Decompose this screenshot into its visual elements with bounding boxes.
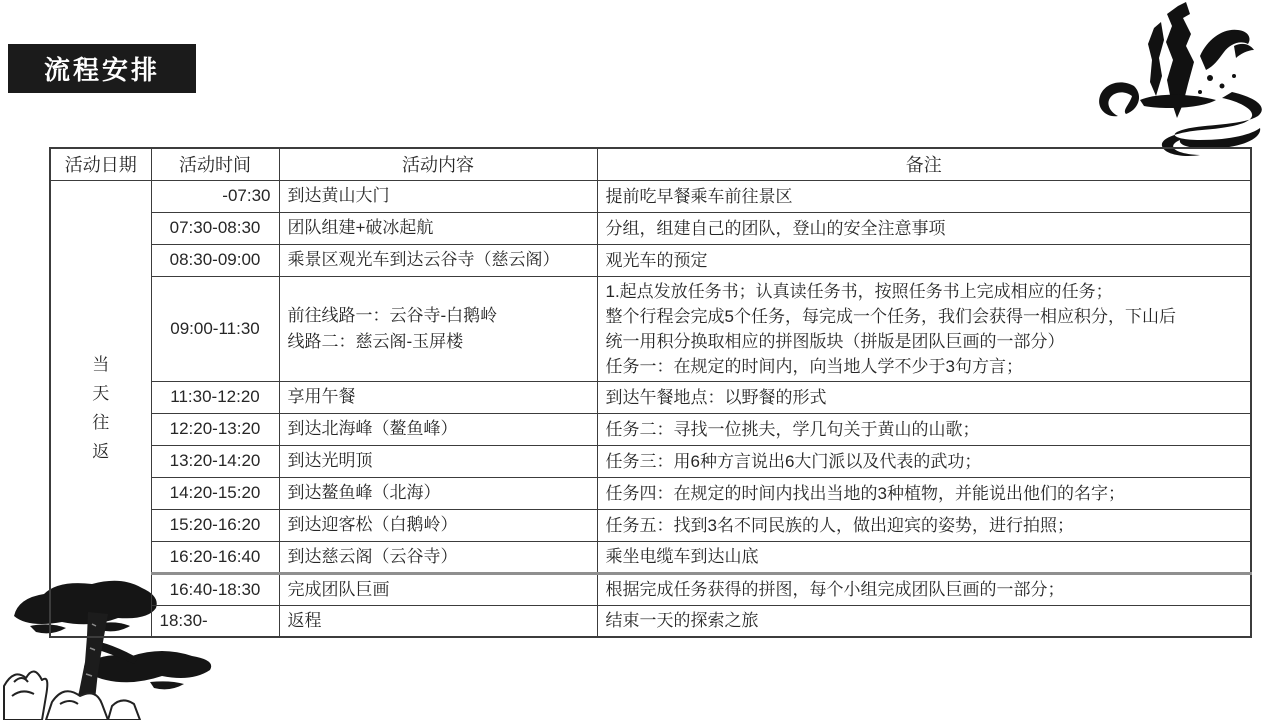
- ink-mountain-art: [1082, 0, 1280, 158]
- schedule-table: 活动日期 活动时间 活动内容 备注 当 天 往 返-07:30到达黄山大门提前吃…: [49, 147, 1252, 638]
- header-remarks: 备注: [597, 148, 1251, 180]
- content-cell: 到达北海峰（鳌鱼峰）: [279, 413, 597, 445]
- note-cell: 任务五：找到3名不同民族的人，做出迎宾的姿势，进行拍照；: [597, 509, 1251, 541]
- table-row: 14:20-15:20到达鳌鱼峰（北海）任务四：在规定的时间内找出当地的3种植物…: [50, 477, 1251, 509]
- content-cell: 到达迎客松（白鹅岭）: [279, 509, 597, 541]
- time-cell: 13:20-14:20: [151, 445, 279, 477]
- table-row: 11:30-12:20享用午餐到达午餐地点：以野餐的形式: [50, 381, 1251, 413]
- content-cell: 到达光明顶: [279, 445, 597, 477]
- note-cell: 结束一天的探索之旅: [597, 605, 1251, 637]
- table-row: 13:20-14:20到达光明顶任务三：用6种方言说出6大门派以及代表的武功；: [50, 445, 1251, 477]
- time-cell: 07:30-08:30: [151, 212, 279, 244]
- time-cell: 16:40-18:30: [151, 573, 279, 605]
- content-cell: 乘景区观光车到达云谷寺（慈云阁）: [279, 244, 597, 276]
- note-cell: 观光车的预定: [597, 244, 1251, 276]
- time-cell: 18:30-: [151, 605, 279, 637]
- note-cell: 分组，组建自己的团队，登山的安全注意事项: [597, 212, 1251, 244]
- time-cell: 15:20-16:20: [151, 509, 279, 541]
- note-cell: 任务二：寻找一位挑夫，学几句关于黄山的山歌；: [597, 413, 1251, 445]
- time-cell: 08:30-09:00: [151, 244, 279, 276]
- note-cell: 乘坐电缆车到达山底: [597, 541, 1251, 573]
- note-cell: 任务三：用6种方言说出6大门派以及代表的武功；: [597, 445, 1251, 477]
- table-row: 09:00-11:30前往线路一：云谷寺-白鹅岭 线路二：慈云阁-玉屏楼1.起点…: [50, 276, 1251, 381]
- table-row: 16:40-18:30完成团队巨画根据完成任务获得的拼图，每个小组完成团队巨画的…: [50, 573, 1251, 605]
- table-row: 18:30-返程结束一天的探索之旅: [50, 605, 1251, 637]
- time-cell: 09:00-11:30: [151, 276, 279, 381]
- note-cell: 任务四：在规定的时间内找出当地的3种植物，并能说出他们的名字；: [597, 477, 1251, 509]
- time-cell: -07:30: [151, 180, 279, 212]
- table-row: 12:20-13:20到达北海峰（鳌鱼峰）任务二：寻找一位挑夫，学几句关于黄山的…: [50, 413, 1251, 445]
- time-cell: 16:20-16:40: [151, 541, 279, 573]
- table-row: 07:30-08:30团队组建+破冰起航分组，组建自己的团队，登山的安全注意事项: [50, 212, 1251, 244]
- time-cell: 12:20-13:20: [151, 413, 279, 445]
- content-cell: 完成团队巨画: [279, 573, 597, 605]
- table-row: 当 天 往 返-07:30到达黄山大门提前吃早餐乘车前往景区: [50, 180, 1251, 212]
- content-cell: 前往线路一：云谷寺-白鹅岭 线路二：慈云阁-玉屏楼: [279, 276, 597, 381]
- table-row: 15:20-16:20到达迎客松（白鹅岭）任务五：找到3名不同民族的人，做出迎宾…: [50, 509, 1251, 541]
- note-cell: 根据完成任务获得的拼图，每个小组完成团队巨画的一部分；: [597, 573, 1251, 605]
- time-cell: 14:20-15:20: [151, 477, 279, 509]
- table-row: 08:30-09:00乘景区观光车到达云谷寺（慈云阁）观光车的预定: [50, 244, 1251, 276]
- schedule-body: 当 天 往 返-07:30到达黄山大门提前吃早餐乘车前往景区07:30-08:3…: [50, 180, 1251, 637]
- date-cell: 当 天 往 返: [50, 180, 151, 637]
- content-cell: 返程: [279, 605, 597, 637]
- page-title-text: 流程安排: [44, 50, 160, 87]
- content-cell: 团队组建+破冰起航: [279, 212, 597, 244]
- note-cell: 提前吃早餐乘车前往景区: [597, 180, 1251, 212]
- header-activity-content: 活动内容: [279, 148, 597, 180]
- content-cell: 到达鳌鱼峰（北海）: [279, 477, 597, 509]
- note-cell: 1.起点发放任务书；认真读任务书，按照任务书上完成相应的任务； 整个行程会完成5…: [597, 276, 1251, 381]
- time-cell: 11:30-12:20: [151, 381, 279, 413]
- note-cell: 到达午餐地点：以野餐的形式: [597, 381, 1251, 413]
- page-title: 流程安排: [8, 44, 196, 93]
- content-cell: 到达黄山大门: [279, 180, 597, 212]
- table-row: 16:20-16:40到达慈云阁（云谷寺）乘坐电缆车到达山底: [50, 541, 1251, 573]
- content-cell: 到达慈云阁（云谷寺）: [279, 541, 597, 573]
- header-activity-time: 活动时间: [151, 148, 279, 180]
- header-row: 活动日期 活动时间 活动内容 备注: [50, 148, 1251, 180]
- header-activity-date: 活动日期: [50, 148, 151, 180]
- content-cell: 享用午餐: [279, 381, 597, 413]
